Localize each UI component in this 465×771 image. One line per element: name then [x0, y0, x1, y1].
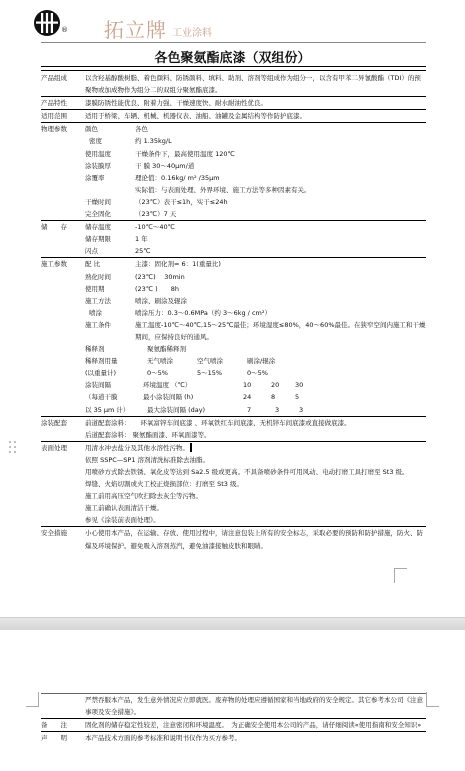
section-text: 小心使用本产品，在运输、存放、使用过程中，请注意包装上所有的安全标志，采取必要的… — [85, 527, 426, 551]
text-line[interactable]: 用清水冲去盐分及其他水溶性污物。 — [85, 442, 426, 454]
section-label: 施工参数 — [41, 258, 85, 415]
param-row: 配 比主漆：固化剂= 6：1(重量比) — [85, 258, 426, 270]
brand-logo-icon — [33, 9, 61, 37]
section-label: 产品组成 — [41, 72, 85, 96]
page-break-gap — [0, 617, 465, 631]
section-label: 物理参数 — [41, 123, 85, 220]
header-divider — [41, 42, 426, 43]
recoat-min-row: （每道干膜 最小涂装间隔 (h) 24 8 5 — [85, 391, 426, 403]
page-margin-corner-mark — [426, 692, 439, 707]
param-row: 储存温度-10℃～40℃ — [85, 221, 426, 233]
section-label: 涂装配套 — [41, 417, 85, 441]
page-margin-corner-mark — [26, 692, 39, 707]
brand-subtitle: 工业涂料 — [172, 24, 212, 39]
brand-name: 拓立牌 — [104, 14, 167, 43]
section-label: 安全措施 — [41, 527, 85, 551]
section-text: 以含羟基醇酸树脂、着色颜料、防锈颜料、填料、助剂、溶剂等组成作为组分一，以含有甲… — [85, 72, 426, 96]
param-row: 施工条件施工温度-10℃～40℃,15～25℃最佳；环境湿度≤80%，40～60… — [85, 319, 426, 343]
section-safety-continued: 严禁吞服本产品，发生意外情况应立即就医。废弃物的处理应遵循国家和当地政府的安全规… — [41, 694, 426, 719]
section-label: 储 存 — [41, 221, 85, 257]
param-row: 后道配套涂料：聚氨酯面漆、环氧面漆等。 — [85, 429, 426, 441]
text-cursor — [190, 443, 192, 452]
param-row: 涂装膜厚干 膜 30～40μm/道 — [85, 160, 426, 172]
table-move-handle-icon[interactable] — [9, 441, 19, 455]
spec-table: 产品组成 以含羟基醇酸树脂、着色颜料、防锈颜料、填料、助剂、溶剂等组成作为组分一… — [41, 66, 426, 552]
section-safety: 安全措施 小心使用本产品，在运输、存放、使用过程中，请注意包装上所有的安全标志，… — [41, 527, 426, 551]
section-label: 声 明 — [41, 732, 85, 744]
section-matching: 涂装配套 前道配套涂料：环氧富锌车间底漆 、环氧铁红车间底漆、无机锌车间底漆或直… — [41, 417, 426, 442]
param-row: 干燥时间（23℃）表干≤1h，实干≤24h — [85, 196, 426, 208]
text-line: 焊缝、火焰切割或火工校正烧损部位：打磨至 St3 级。 — [85, 478, 426, 490]
section-text: 本产品技术方面的参考标准和说明书仅作为买方参考。 — [85, 732, 426, 744]
text-line: 用喷砂方式除去铁锈、氧化皮等达到 Sa2.5 级或更高。不具备喷砂条件可用风动、… — [85, 466, 426, 478]
document-page-1: ® 拓立牌 工业涂料 各色聚氨酯底漆（双组份） 产品组成 以含羟基醇酸树脂、着色… — [0, 0, 465, 612]
section-text: 漆膜防锈性能优良、附着力强、干燥速度快、耐水耐油性优良。 — [85, 97, 426, 109]
section-remarks: 备 注 固化剂的储存稳定性较差，注意密闭和环境温度。 为正确安全使用本公司的产品… — [41, 719, 426, 732]
param-row: 涂覆率理论值：0.16kg/ m² /35μm — [85, 172, 426, 184]
section-surface: 表面处理 用清水冲去盐分及其他水溶性污物。 依照 SSPC—SP1 溶剂清洗标准… — [41, 442, 426, 528]
param-row: 喷涂喷涂压力：0.3～0.6MPa（约 3～6kg / cm²） — [85, 307, 426, 319]
text-line: 施工前确认表面清洁干燥。 — [85, 502, 426, 514]
spec-table-continued: 严禁吞服本产品，发生意外情况应立即就医。废弃物的处理应遵循国家和当地政府的安全规… — [41, 693, 426, 744]
text-line: 施工前用高压空气吹扫除去灰尘等污物。 — [85, 490, 426, 502]
text-line: 依照 SSPC—SP1 溶剂清洗标准除去油脂。 — [85, 454, 426, 466]
param-row: 完全固化（23℃）7 天 — [85, 208, 426, 220]
recoat-max-row: 以 35 μm 计） 最大涂装间隔 (day) 7 3 3 — [85, 404, 426, 416]
registered-mark: ® — [61, 26, 68, 34]
param-row: 密度约 1.35kg/L — [85, 135, 426, 147]
param-row: 前道配套涂料：环氧富锌车间底漆 、环氧铁红车间底漆、无机锌车间底漆或直接做底漆。 — [85, 417, 426, 429]
param-row: 使用期(23℃ ) 8h — [85, 283, 426, 295]
param-row: 稀释剂聚氨酯稀释剂 — [85, 343, 426, 355]
section-label: 表面处理 — [41, 442, 85, 527]
thinner-ratio-values: (以重量计) 0～5% 5～15% 0～5% — [85, 367, 426, 379]
section-label: 适用范围 — [41, 110, 85, 122]
section-storage: 储 存 储存温度-10℃～40℃ 储存期限1 年 闪点25℃ — [41, 221, 426, 258]
param-row: 施工方法喷涂、刷涂及辊涂 — [85, 295, 426, 307]
recoat-header: 涂装间隔 环境温度 （℃） 10 20 30 — [85, 379, 426, 391]
param-row: 使用温度干燥条件下，最高使用温度 120℃ — [85, 148, 426, 160]
section-label: 产品特性 — [41, 97, 85, 109]
page-margin-corner-mark — [394, 568, 407, 583]
section-text: 固化剂的储存稳定性较差，注意密闭和环境温度。 为正确安全使用本公司的产品，请仔细… — [85, 719, 426, 731]
param-row: 颜色各色 — [85, 123, 426, 135]
section-text: 严禁吞服本产品，发生意外情况应立即就医。废弃物的处理应遵循国家和当地政府的安全规… — [85, 694, 426, 718]
param-row: 闪点25℃ — [85, 245, 426, 257]
table-top-double-rule — [41, 66, 426, 71]
param-row: 储存期限1 年 — [85, 233, 426, 245]
section-composition: 产品组成 以含羟基醇酸树脂、着色颜料、防锈颜料、填料、助剂、溶剂等组成作为组分一… — [41, 72, 426, 97]
text-line: 参见《涂装前表面处理》。 — [85, 514, 426, 526]
section-application: 施工参数 配 比主漆：固化剂= 6：1(重量比) 熟化时间(23℃) 30min… — [41, 258, 426, 416]
thinner-ratio-header: 稀释剂用量 无气喷涂 空气喷涂 刷涂/辊涂 — [85, 355, 426, 367]
section-features: 产品特性 漆膜防锈性能优良、附着力强、干燥速度快、耐水耐油性优良。 — [41, 97, 426, 110]
section-text: 适用于桥梁、车辆、机械、机器仪表、油船、油罐及金属结构等作防护底漆。 — [85, 110, 426, 122]
param-row: 熟化时间(23℃) 30min — [85, 271, 426, 283]
section-physical: 物理参数 颜色各色 密度约 1.35kg/L 使用温度干燥条件下，最高使用温度 … — [41, 123, 426, 221]
param-row: 实际值：与表面处理、外界环境、施工方法等多种因素有关。 — [85, 184, 426, 196]
section-label: 备 注 — [41, 719, 85, 731]
section-scope: 适用范围 适用于桥梁、车辆、机械、机器仪表、油船、油罐及金属结构等作防护底漆。 — [41, 110, 426, 123]
section-statement: 声 明 本产品技术方面的参考标准和说明书仅作为买方参考。 — [41, 732, 426, 744]
document-title: 各色聚氨酯底漆（双组份） — [0, 47, 465, 66]
